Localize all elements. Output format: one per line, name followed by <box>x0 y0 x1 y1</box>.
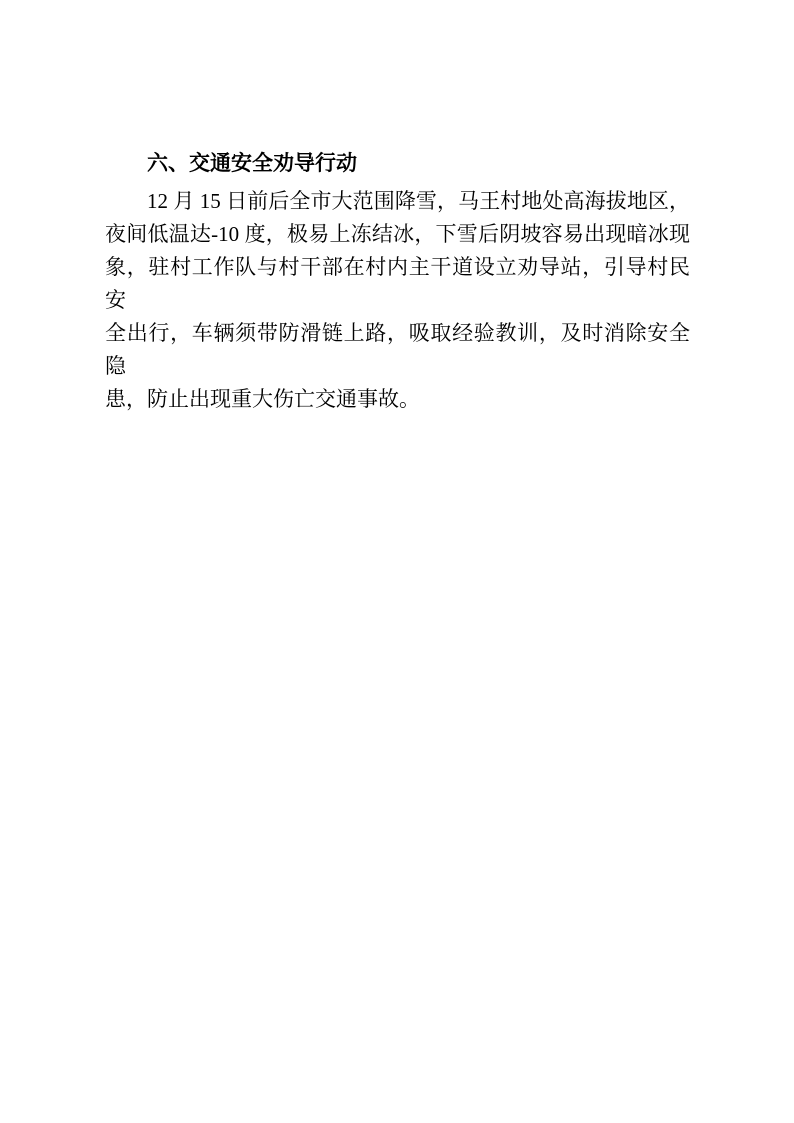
paragraph-line: 夜间低温达-10 度，极易上冻结冰，下雪后阴坡容易出现暗冰现 <box>105 218 690 251</box>
paragraph-line: 患，防止出现重大伤亡交通事故。 <box>105 383 690 416</box>
document-page: 六、交通安全劝导行动 12 月 15 日前后全市大范围降雪，马王村地处高海拔地区… <box>0 0 794 1123</box>
paragraph-line: 全出行，车辆须带防滑链上路，吸取经验教训，及时消除安全隐 <box>105 317 690 383</box>
paragraph-line: 象，驻村工作队与村干部在村内主干道设立劝导站，引导村民安 <box>105 251 690 317</box>
paragraph-line: 12 月 15 日前后全市大范围降雪，马王村地处高海拔地区， <box>105 185 690 218</box>
section-heading: 六、交通安全劝导行动 <box>105 146 690 182</box>
paragraph: 12 月 15 日前后全市大范围降雪，马王村地处高海拔地区， 夜间低温达-10 … <box>105 185 690 416</box>
